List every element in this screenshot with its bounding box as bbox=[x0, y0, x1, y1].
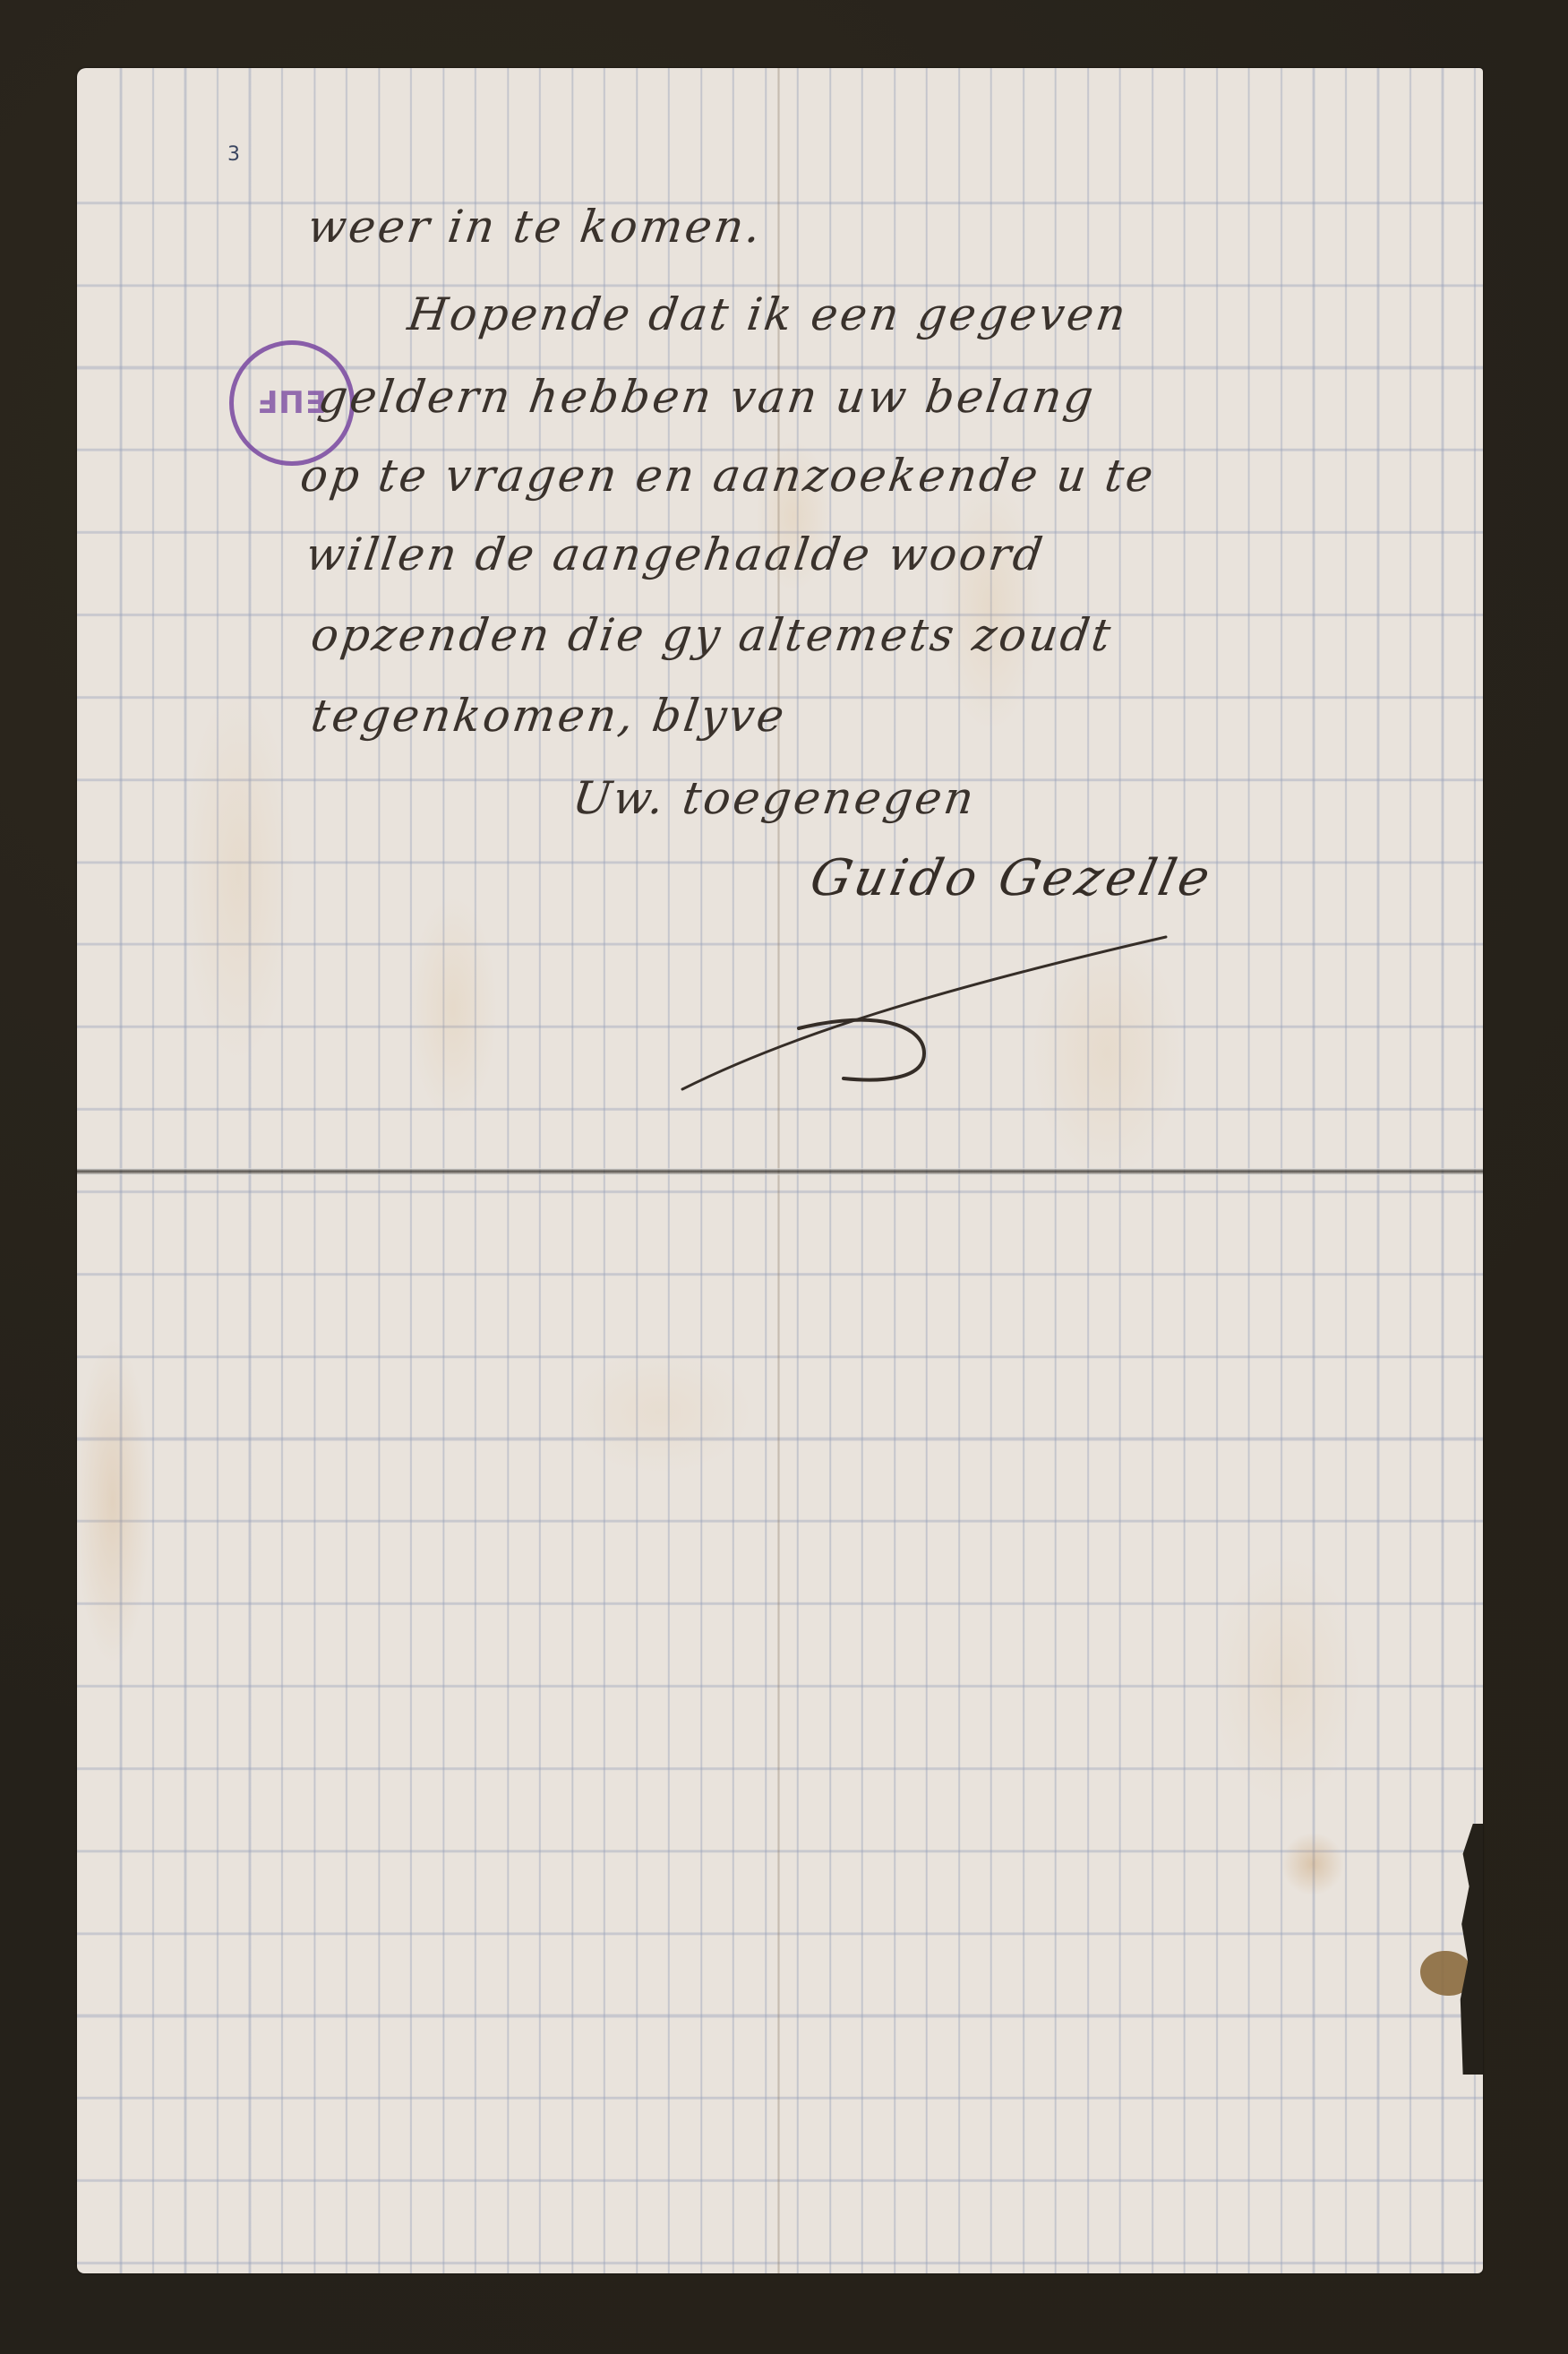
letter-line-1: weer in te komen. bbox=[304, 201, 767, 253]
letter-line-7: tegenkomen, blyve bbox=[308, 690, 790, 742]
letter-signature: Guido Gezelle bbox=[805, 849, 1218, 907]
letter-sheet: 3 ℲΠ∃ weer in te komen. Hopende dat ik e… bbox=[77, 68, 1483, 2273]
signature-flourish bbox=[664, 928, 1184, 1098]
letter-line-2: Hopende dat ik een gegeven bbox=[405, 288, 1132, 340]
horizontal-fold bbox=[77, 1168, 1483, 1175]
pencil-mark: 3 bbox=[227, 143, 240, 166]
letter-line-5: willen de aangehaalde woord bbox=[303, 528, 1049, 580]
letter-line-3: geldern hebben van uw belang bbox=[315, 371, 1099, 423]
letter-line-4: op te vragen en aanzoekende u te bbox=[297, 450, 1159, 502]
letter-closing: Uw. toegenegen bbox=[570, 772, 980, 824]
letter-line-6: opzenden die gy altemets zoudt bbox=[308, 609, 1117, 661]
